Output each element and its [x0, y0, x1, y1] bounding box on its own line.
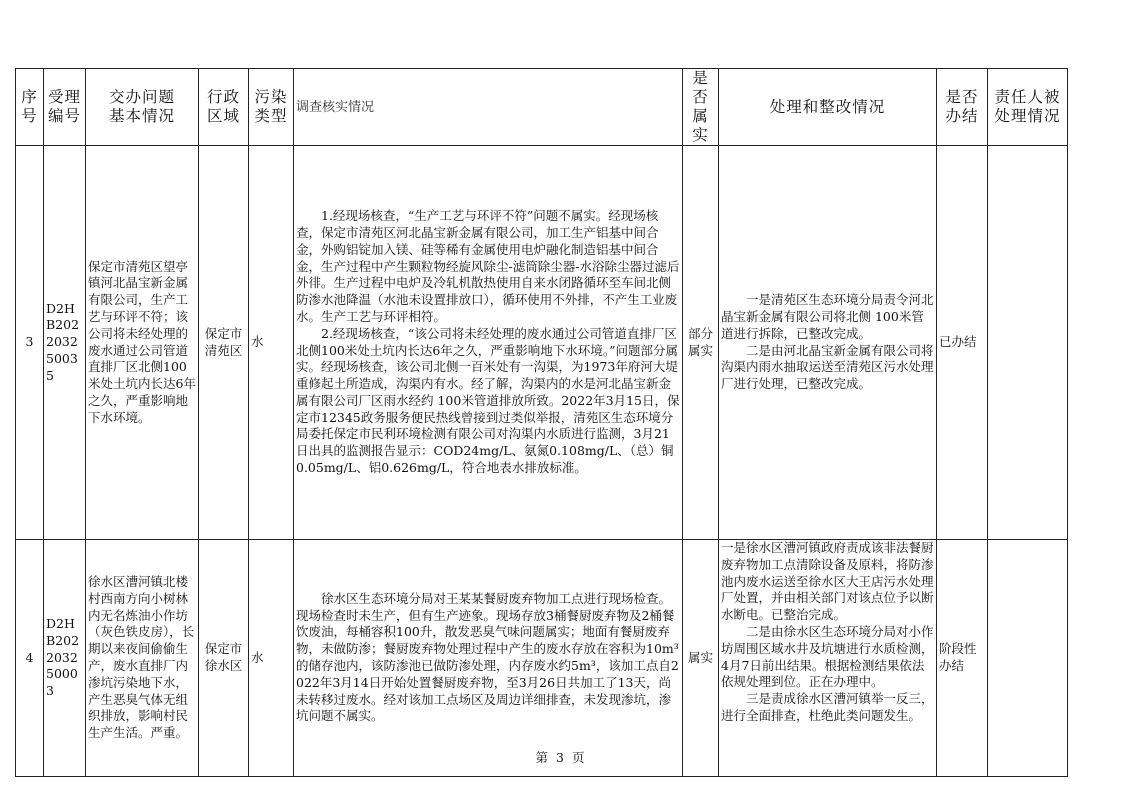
header-seq: 序号: [16, 69, 44, 146]
cell-verified: 部分属实: [683, 146, 719, 540]
cell-problem: 保定市清苑区望亭镇河北晶宝新金属有限公司，生产工艺与环评不符；该公司将未经处理的…: [86, 146, 199, 540]
cell-region: 保定市徐水区: [199, 540, 249, 777]
cell-investigation: 1.经现场核查，“生产工艺与环评不符”问题不属实。经现场核查，保定市清苑区河北晶…: [294, 146, 683, 540]
header-accountability: 责任人被处理情况: [988, 69, 1068, 146]
header-region: 行政区域: [199, 69, 249, 146]
cell-case-no: D2HB202203250003: [44, 540, 86, 777]
cell-handling: 一是徐水区漕河镇政府责成该非法餐厨废弃物加工点清除设备及原料，将防渗池内废水运送…: [719, 540, 937, 777]
investigation-paragraph: 徐水区生态环境分局对王某某餐厨废弃物加工点进行现场检查。现场检查时未生产，但有生…: [296, 591, 680, 725]
header-problem: 交办问题基本情况: [86, 69, 199, 146]
cell-region: 保定市清苑区: [199, 146, 249, 540]
header-handling: 处理和整改情况: [719, 69, 937, 146]
table-row: 3 D2HB202203250035 保定市清苑区望亭镇河北晶宝新金属有限公司，…: [16, 146, 1068, 540]
cell-seq: 4: [16, 540, 44, 777]
cell-accountability: [988, 540, 1068, 777]
cell-accountability: [988, 146, 1068, 540]
header-verified: 是否属实: [683, 69, 719, 146]
cell-problem: 徐水区漕河镇北楼村西南方向小树林内无名炼油小作坊（灰色铁皮房），长期以来夜间偷偷…: [86, 540, 199, 777]
investigation-paragraph: 1.经现场核查，“生产工艺与环评不符”问题不属实。经现场核查，保定市清苑区河北晶…: [296, 208, 680, 326]
header-closed: 是否办结: [937, 69, 988, 146]
case-table: 序号 受理编号 交办问题基本情况 行政区域 污染类型 调查核实情况 是否属实 处…: [15, 68, 1068, 777]
cell-case-no: D2HB202203250035: [44, 146, 86, 540]
cell-pollution-type: 水: [249, 540, 294, 777]
cell-closed: 阶段性办结: [937, 540, 988, 777]
header-row: 序号 受理编号 交办问题基本情况 行政区域 污染类型 调查核实情况 是否属实 处…: [16, 69, 1068, 146]
cell-seq: 3: [16, 146, 44, 540]
cell-pollution-type: 水: [249, 146, 294, 540]
table-row: 4 D2HB202203250003 徐水区漕河镇北楼村西南方向小树林内无名炼油…: [16, 540, 1068, 777]
cell-closed: 已办结: [937, 146, 988, 540]
page-number: 第 3 页: [0, 748, 1122, 766]
header-investigation: 调查核实情况: [294, 69, 683, 146]
handling-paragraph: 一是清苑区生态环境分局责令河北晶宝新金属有限公司将北侧 100米管道进行拆除，已…: [721, 292, 934, 342]
investigation-paragraph: 2.经现场核查，“该公司将未经处理的废水通过公司管道直排厂区北侧100米处土坑内…: [296, 326, 680, 477]
handling-paragraph: 一是徐水区漕河镇政府责成该非法餐厨废弃物加工点清除设备及原料，将防渗池内废水运送…: [721, 540, 934, 624]
handling-paragraph: 二是由徐水区生态环境分局对小作坊周围区域水井及坑塘进行水质检测，4月7日前出结果…: [721, 624, 934, 691]
header-case-no: 受理编号: [44, 69, 86, 146]
cell-investigation: 徐水区生态环境分局对王某某餐厨废弃物加工点进行现场检查。现场检查时未生产，但有生…: [294, 540, 683, 777]
handling-paragraph: 三是责成徐水区漕河镇举一反三，进行全面排查，杜绝此类问题发生。: [721, 691, 934, 725]
cell-verified: 属实: [683, 540, 719, 777]
cell-handling: 一是清苑区生态环境分局责令河北晶宝新金属有限公司将北侧 100米管道进行拆除，已…: [719, 146, 937, 540]
header-pollution-type: 污染类型: [249, 69, 294, 146]
handling-paragraph: 二是由河北晶宝新金属有限公司将沟渠内雨水抽取运送至清苑区污水处理厂进行处理，已整…: [721, 343, 934, 393]
